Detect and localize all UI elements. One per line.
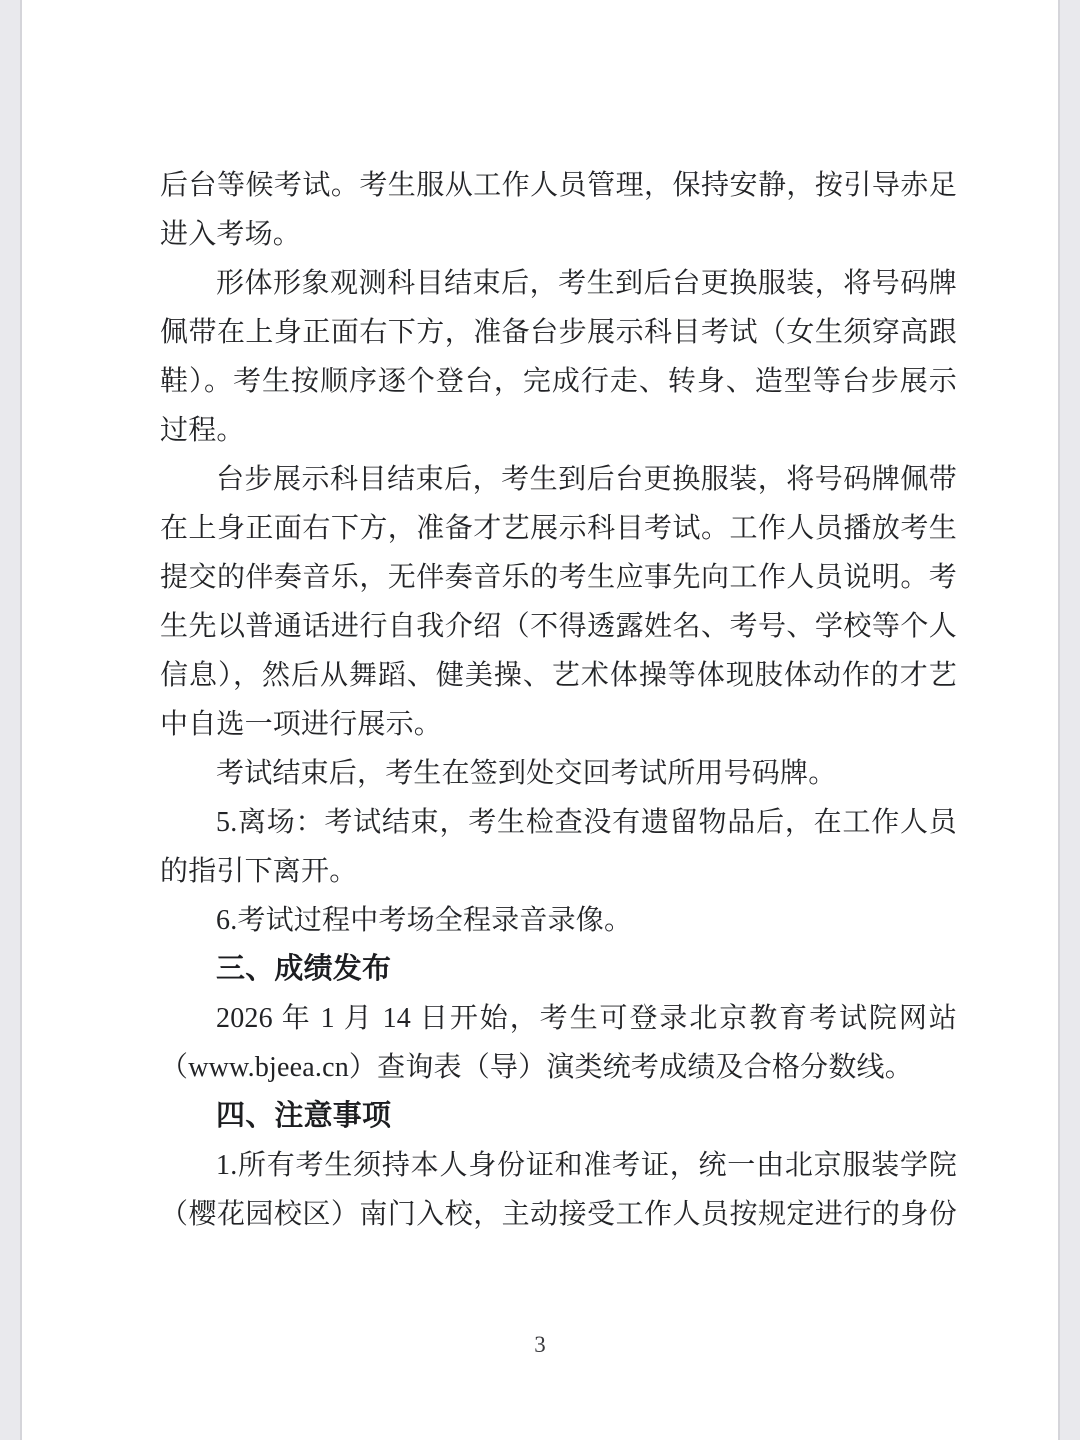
paragraph: 考试结束后，考生在签到处交回考试所用号码牌。: [160, 749, 957, 798]
doc-line: 5.离场：考试结束，考生检查没有遗留物品后，在工作人员: [160, 798, 957, 847]
doc-line: 进入考场。: [160, 210, 957, 259]
doc-line: 1.所有考生须持本人身份证和准考证，统一由北京服装学院: [160, 1141, 957, 1190]
doc-line: 的指引下离开。: [160, 847, 957, 896]
doc-line: 过程。: [160, 406, 957, 455]
document-page: 后台等候考试。考生服从工作人员管理，保持安静，按引导赤足 进入考场。 形体形象观…: [22, 0, 1058, 1440]
doc-line: 6.考试过程中考场全程录音录像。: [160, 896, 957, 945]
doc-line: 信息），然后从舞蹈、健美操、艺术体操等体现肢体动作的才艺: [160, 651, 957, 700]
document-text: 后台等候考试。考生服从工作人员管理，保持安静，按引导赤足 进入考场。 形体形象观…: [160, 161, 957, 1239]
doc-line: （樱花园校区）南门入校，主动接受工作人员按规定进行的身份: [160, 1190, 957, 1239]
section-heading-results: 三、成绩发布: [160, 945, 957, 994]
doc-line: 后台等候考试。考生服从工作人员管理，保持安静，按引导赤足: [160, 161, 957, 210]
doc-line: 生先以普通话进行自我介绍（不得透露姓名、考号、学校等个人: [160, 602, 957, 651]
paragraph: 6.考试过程中考场全程录音录像。: [160, 896, 957, 945]
doc-line: 在上身正面右下方，准备才艺展示科目考试。工作人员播放考生: [160, 504, 957, 553]
section-heading-notes: 四、注意事项: [160, 1092, 957, 1141]
doc-line: 提交的伴奏音乐，无伴奏音乐的考生应事先向工作人员说明。考: [160, 553, 957, 602]
paragraph: 1.所有考生须持本人身份证和准考证，统一由北京服装学院 （樱花园校区）南门入校，…: [160, 1141, 957, 1239]
doc-line: 2026 年 1 月 14 日开始，考生可登录北京教育考试院网站: [160, 994, 957, 1043]
paragraph: 5.离场：考试结束，考生检查没有遗留物品后，在工作人员 的指引下离开。: [160, 798, 957, 896]
right-margin-strip: [1058, 0, 1080, 1440]
paragraph: 2026 年 1 月 14 日开始，考生可登录北京教育考试院网站 （www.bj…: [160, 994, 957, 1092]
paragraph: 台步展示科目结束后，考生到后台更换服装，将号码牌佩带 在上身正面右下方，准备才艺…: [160, 455, 957, 749]
doc-line: 考试结束后，考生在签到处交回考试所用号码牌。: [160, 749, 957, 798]
paragraph: 形体形象观测科目结束后，考生到后台更换服装，将号码牌 佩带在上身正面右下方，准备…: [160, 259, 957, 455]
doc-line: 中自选一项进行展示。: [160, 700, 957, 749]
heading-text: 三、成绩发布: [160, 945, 957, 994]
doc-line: 形体形象观测科目结束后，考生到后台更换服装，将号码牌: [160, 259, 957, 308]
doc-line: 台步展示科目结束后，考生到后台更换服装，将号码牌佩带: [160, 455, 957, 504]
left-margin-strip: [0, 0, 22, 1440]
heading-text: 四、注意事项: [160, 1092, 957, 1141]
page-number: 3: [22, 1330, 1058, 1360]
doc-line: 鞋）。考生按顺序逐个登台，完成行走、转身、造型等台步展示: [160, 357, 957, 406]
paragraph: 后台等候考试。考生服从工作人员管理，保持安静，按引导赤足 进入考场。: [160, 161, 957, 259]
doc-line: 佩带在上身正面右下方，准备台步展示科目考试（女生须穿高跟: [160, 308, 957, 357]
doc-line: （www.bjeea.cn）查询表（导）演类统考成绩及合格分数线。: [160, 1043, 957, 1092]
